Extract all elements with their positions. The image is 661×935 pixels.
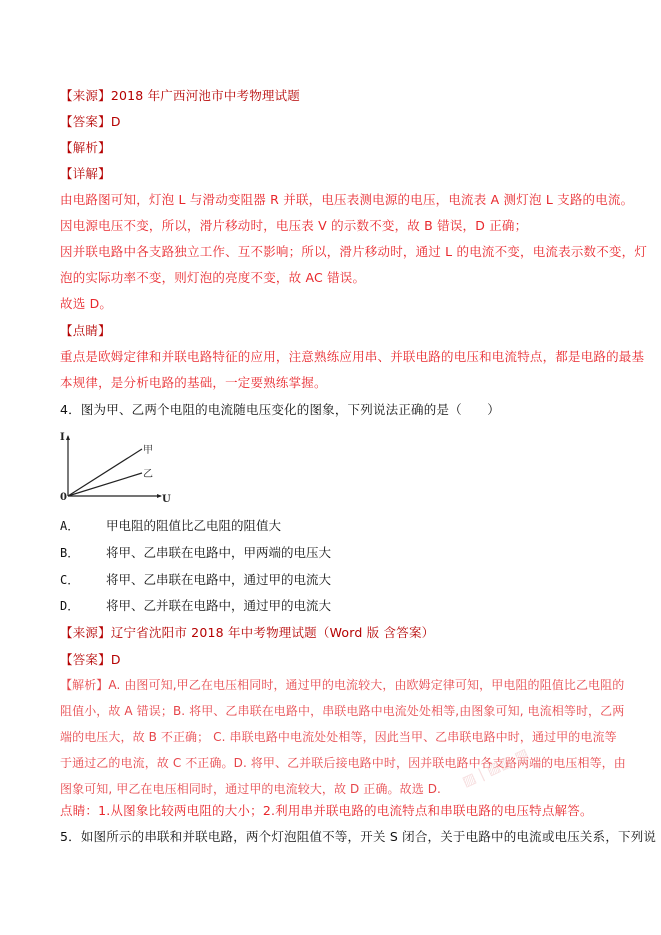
q4-stem: 4．图为甲、乙两个电阻的电流随电压变化的图象，下列说法正确的是（ ） <box>60 402 500 418</box>
y-axis-label: I <box>60 432 65 443</box>
answer-value: D <box>111 114 121 129</box>
q3-detail-line-1: 由电路图可知，灯泡 L 与滑动变阻器 R 并联，电压表测电源的电压，电流表 A … <box>60 192 633 208</box>
q3-detail-line-2: 因电源电压不变，所以，滑片移动时，电压表 V 的示数不变，故 B 错误，D 正确… <box>60 218 527 234</box>
source-text: 2018 年广西河池市中考物理试题 <box>111 88 300 103</box>
source-label: 【来源】 <box>60 625 111 640</box>
q4-option-c: C．将甲、乙串联在电路中，通过甲的电流大 <box>60 572 331 588</box>
q4-analysis-line-5: 图象可知, 甲乙在电压相同时，通过甲的电流较大，故 D 正确。故选 D. <box>60 781 441 797</box>
line-yi <box>68 473 142 496</box>
i-axis-arrow-icon <box>66 435 70 440</box>
answer-label: 【答案】 <box>60 114 111 129</box>
option-text: 将甲、乙并联在电路中，通过甲的电流大 <box>106 598 331 613</box>
option-text: 将甲、乙串联在电路中，甲两端的电压大 <box>106 545 331 560</box>
line-label-yi: 乙 <box>143 465 153 480</box>
q4-analysis-line-3: 端的电压大，故 B 不正确； C. 串联电路中电流处处相等，因此当甲、乙串联电路… <box>60 729 617 745</box>
source-label: 【来源】 <box>60 88 111 103</box>
q3-detail-label: 【详解】 <box>60 166 111 182</box>
x-axis-label: U <box>162 494 171 505</box>
q4-analysis-line-2: 阻值小，故 A 错误；B. 将甲、乙串联在电路中，串联电路中电流处处相等,由图象… <box>60 703 624 719</box>
q4-iu-graph: I U 0 甲 乙 <box>58 432 168 504</box>
q4-analysis-line-4: 于通过乙的电流，故 C 不正确。D. 将甲、乙并联后接电路中时，因并联电路中各支… <box>60 755 626 771</box>
q4-comment: 点睛：1.从图象比较两电阻的大小；2.利用串并联电路的电流特点和串联电路的电压特… <box>60 803 593 819</box>
q5-stem: 5．如图所示的串联和并联电路，两个灯泡阻值不等，开关 S 闭合，关于电路中的电流… <box>60 829 656 845</box>
q4-answer: 【答案】D <box>60 652 121 668</box>
option-label: B． <box>60 545 106 561</box>
q4-option-d: D．将甲、乙并联在电路中，通过甲的电流大 <box>60 598 331 614</box>
q3-answer: 【答案】D <box>60 114 121 130</box>
q4-source: 【来源】辽宁省沈阳市 2018 年中考物理试题（Word 版 含答案） <box>60 625 434 641</box>
q3-detail-line-4: 泡的实际功率不变，则灯泡的亮度不变，故 AC 错误。 <box>60 270 365 286</box>
line-jia <box>68 449 142 496</box>
source-text: 辽宁省沈阳市 2018 年中考物理试题（Word 版 含答案） <box>111 625 435 640</box>
option-label: C． <box>60 572 106 588</box>
option-label: A． <box>60 518 106 534</box>
line-label-jia: 甲 <box>143 441 153 456</box>
option-text: 将甲、乙串联在电路中，通过甲的电流大 <box>106 572 331 587</box>
q3-comment-line-2: 本规律，是分析电路的基础，一定要熟练掌握。 <box>60 375 327 391</box>
q4-analysis-line-1: 【解析】A. 由图可知,甲乙在电压相同时，通过甲的电流较大，由欧姆定律可知，甲电… <box>60 677 624 693</box>
q3-analysis-label: 【解析】 <box>60 140 111 156</box>
option-text: 甲电阻的阻值比乙电阻的阻值大 <box>106 518 281 533</box>
q3-detail-line-5: 故选 D。 <box>60 296 112 312</box>
answer-label: 【答案】 <box>60 652 111 667</box>
q3-comment-line-1: 重点是欧姆定律和并联电路特征的应用，注意熟练应用串、并联电路的电压和电流特点，都… <box>60 349 644 365</box>
q4-option-a: A．甲电阻的阻值比乙电阻的阻值大 <box>60 518 281 534</box>
q3-detail-line-3: 因并联电路中各支路独立工作、互不影响；所以，滑片移动时，通过 L 的电流不变，电… <box>60 244 647 260</box>
origin-label: 0 <box>60 492 67 503</box>
option-label: D． <box>60 598 106 614</box>
q3-source: 【来源】2018 年广西河池市中考物理试题 <box>60 88 300 104</box>
q4-option-b: B．将甲、乙串联在电路中，甲两端的电压大 <box>60 545 331 561</box>
q3-comment-label: 【点睛】 <box>60 323 111 339</box>
answer-value: D <box>111 652 121 667</box>
